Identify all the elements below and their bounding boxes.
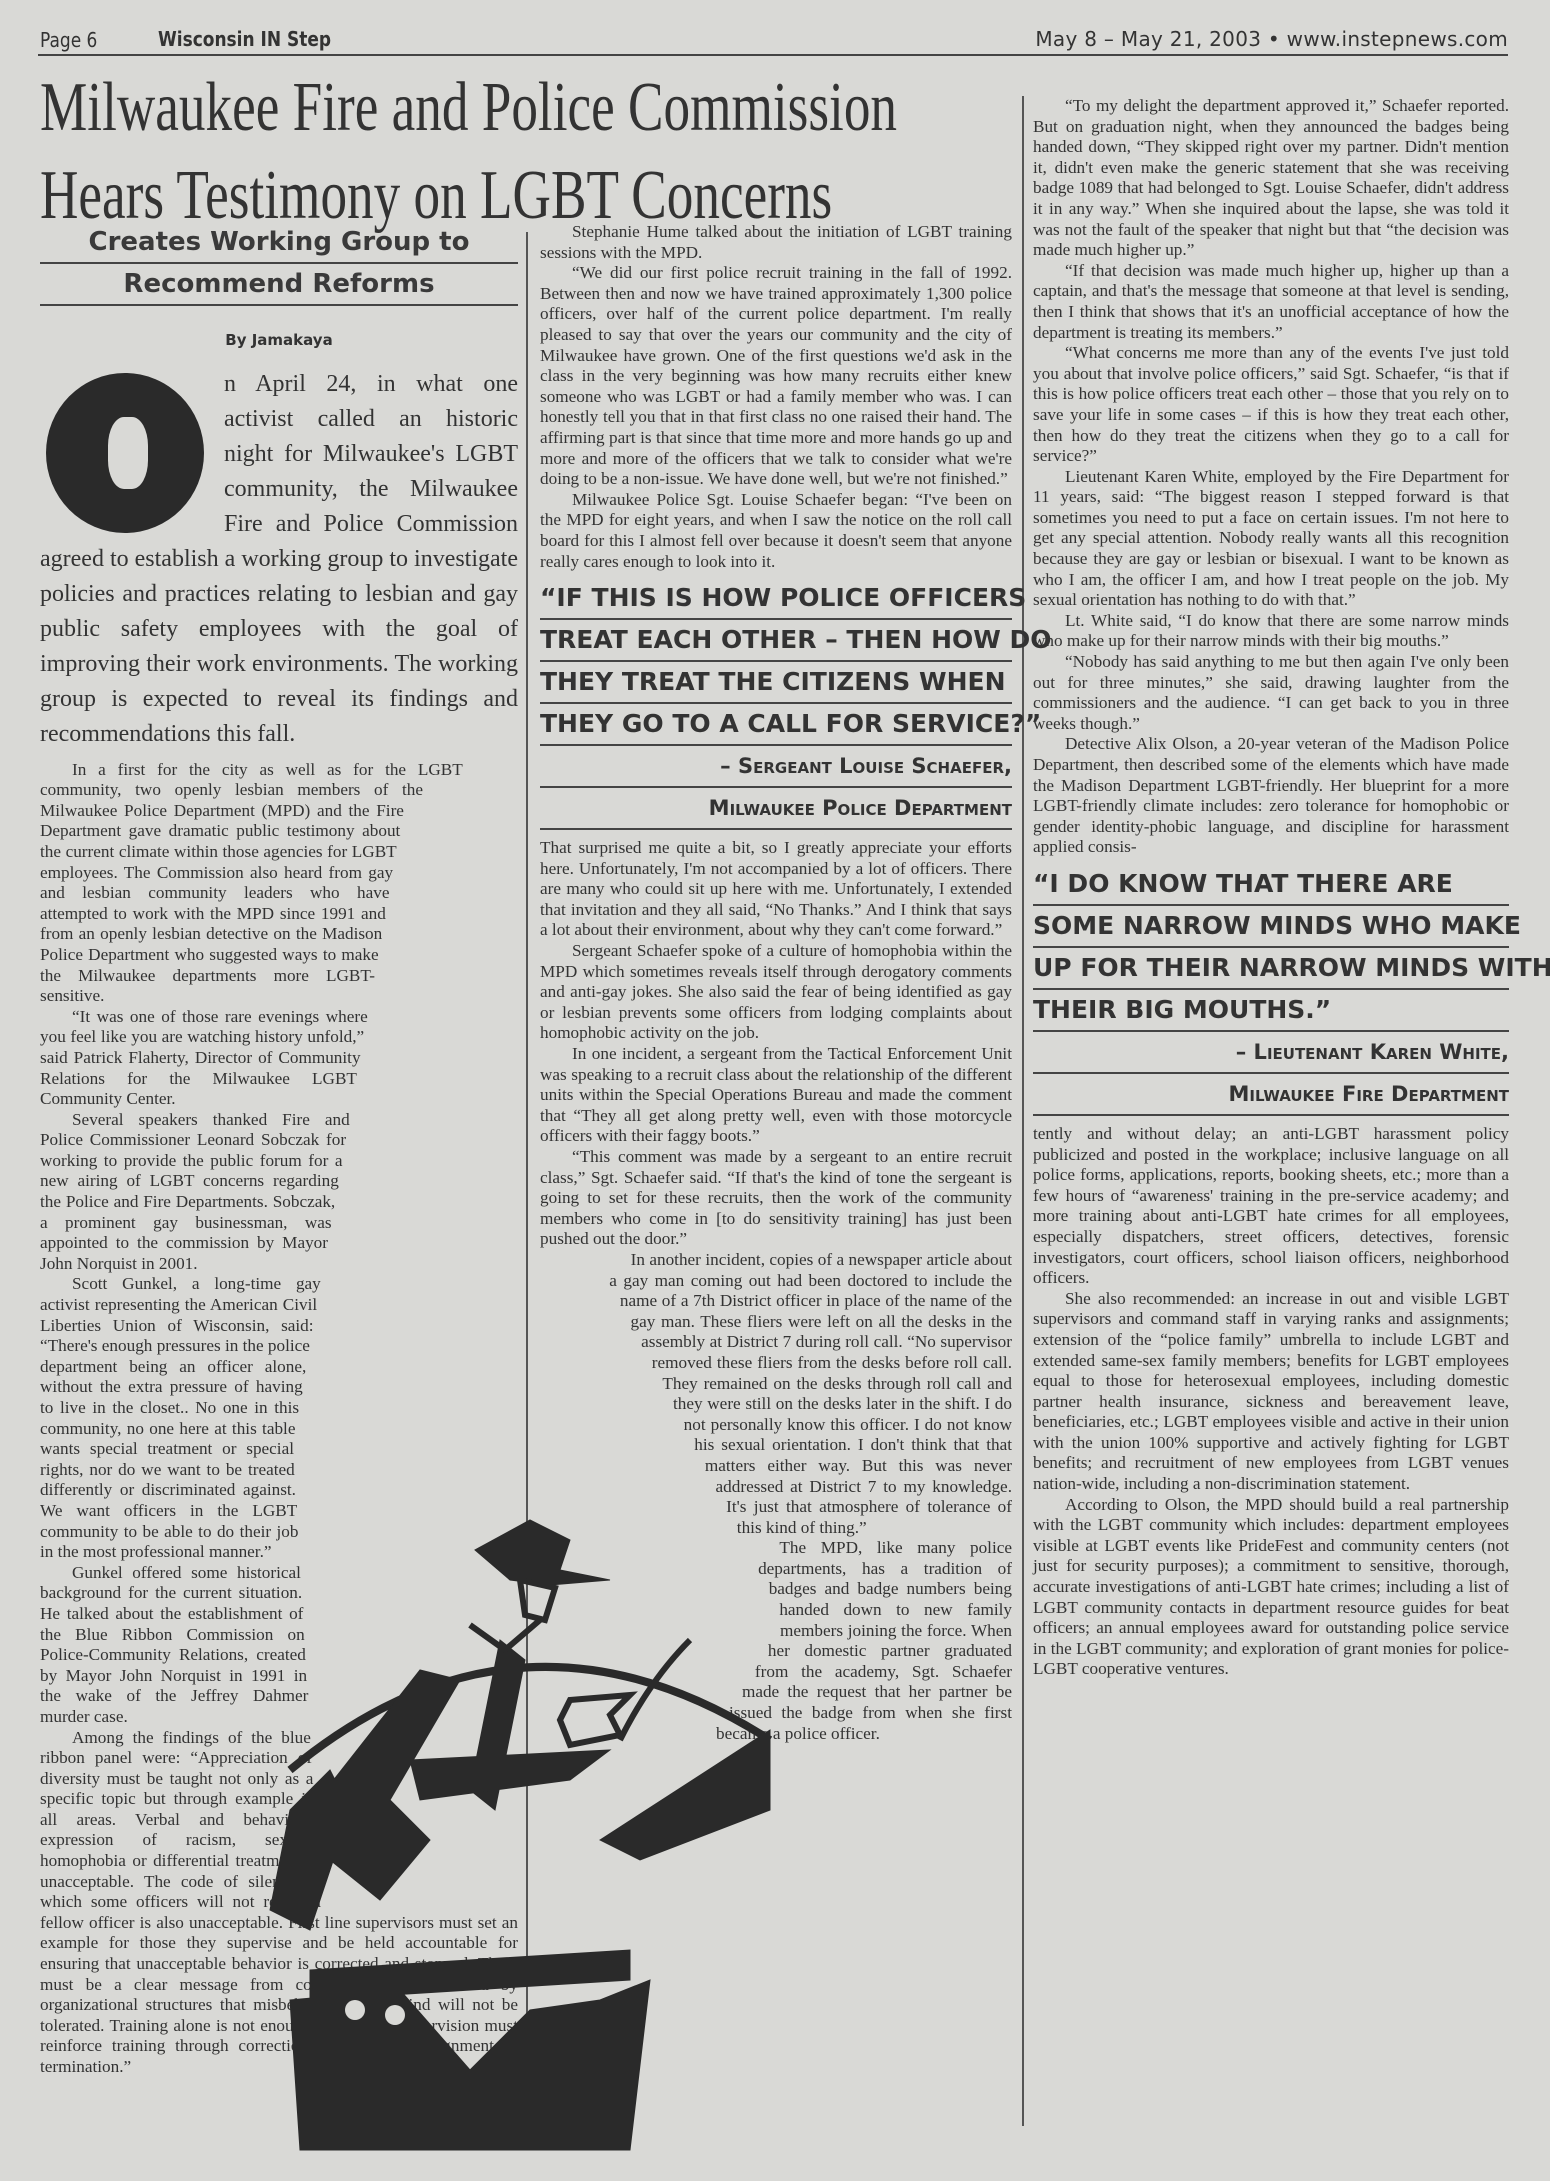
body-paragraph: In a first for the city as well as for t… (40, 760, 518, 1007)
pull-quote-white: “I DO KNOW THAT THERE ARE SOME NARROW MI… (1033, 864, 1509, 1116)
body-paragraph: “Nobody has said anything to me but then… (1033, 652, 1509, 734)
body-paragraph: According to Olson, the MPD should build… (1033, 1495, 1509, 1680)
pull-quote-line: UP FOR THEIR NARROW MINDS WITH (1033, 948, 1509, 990)
body-paragraph: “We did our first police recruit trainin… (540, 263, 1012, 490)
article-headline: Milwaukee Fire and Police Commission Hea… (40, 64, 785, 240)
headline-line-1: Milwaukee Fire and Police Commission (40, 64, 785, 152)
body-paragraph: Lt. White said, “I do know that there ar… (1033, 611, 1509, 652)
body-paragraph: Several speakers thanked Fire and Police… (40, 1110, 518, 1275)
column-divider (1022, 96, 1024, 2126)
pull-quote-attribution: Milwaukee Fire Department (1033, 1074, 1509, 1116)
pull-quote-line: SOME NARROW MINDS WHO MAKE (1033, 906, 1509, 948)
byline: By Jamakaya (40, 330, 518, 351)
subheadline: Creates Working Group to Recommend Refor… (40, 222, 518, 306)
publication-name: Wisconsin IN Step (158, 27, 331, 51)
issue-date-and-website: May 8 – May 21, 2003 • www.instepnews.co… (1035, 27, 1508, 51)
page-number: Page 6 (40, 28, 97, 52)
pull-quote-line: THEY TREAT THE CITIZENS WHEN (540, 662, 1012, 704)
pull-quote-line: THEIR BIG MOUTHS.” (1033, 990, 1509, 1032)
body-paragraph: Milwaukee Police Sgt. Louise Schaefer be… (540, 490, 1012, 572)
body-paragraph: “This comment was made by a sergeant to … (540, 1147, 1012, 1250)
pull-quote-line: TREAT EACH OTHER – THEN HOW DO (540, 620, 1012, 662)
body-paragraph: That surprised me quite a bit, so I grea… (540, 838, 1012, 941)
column-3: “To my delight the department approved i… (1033, 96, 1509, 1680)
masthead: Page 6 Wisconsin IN Step May 8 – May 21,… (38, 24, 1508, 56)
subheadline-line-2: Recommend Reforms (40, 264, 518, 306)
body-paragraph: Detective Alix Olson, a 20-year veteran … (1033, 734, 1509, 858)
pull-quote-schaefer: “IF THIS IS HOW POLICE OFFICERS TREAT EA… (540, 578, 1012, 830)
body-paragraph: “It was one of those rare evenings where… (40, 1007, 518, 1110)
body-paragraph: “To my delight the department approved i… (1033, 96, 1509, 261)
pull-quote-attribution: – Lieutenant Karen White, (1033, 1032, 1509, 1074)
body-paragraph: Sergeant Schaefer spoke of a culture of … (540, 941, 1012, 1044)
pull-quote-line: THEY GO TO A CALL FOR SERVICE?” (540, 704, 1012, 746)
body-paragraph: In one incident, a sergeant from the Tac… (540, 1044, 1012, 1147)
body-paragraph: Lieutenant Karen White, employed by the … (1033, 467, 1509, 611)
drop-cap-o (46, 373, 206, 541)
pull-quote-attribution: Milwaukee Police Department (540, 788, 1012, 830)
police-officer-illustration (260, 1510, 780, 2170)
subheadline-line-1: Creates Working Group to (40, 222, 518, 264)
body-paragraph: “What concerns me more than any of the e… (1033, 343, 1509, 467)
pull-quote-attribution: – Sergeant Louise Schaefer, (540, 746, 1012, 788)
body-paragraph: tently and without delay; an anti-LGBT h… (1033, 1124, 1509, 1289)
body-paragraph: Stephanie Hume talked about the initiati… (540, 222, 1012, 263)
body-paragraph: She also recommended: an increase in out… (1033, 1289, 1509, 1495)
body-paragraph: “If that decision was made much higher u… (1033, 261, 1509, 343)
pull-quote-line: “I DO KNOW THAT THERE ARE (1033, 864, 1509, 906)
pull-quote-line: “IF THIS IS HOW POLICE OFFICERS (540, 578, 1012, 620)
